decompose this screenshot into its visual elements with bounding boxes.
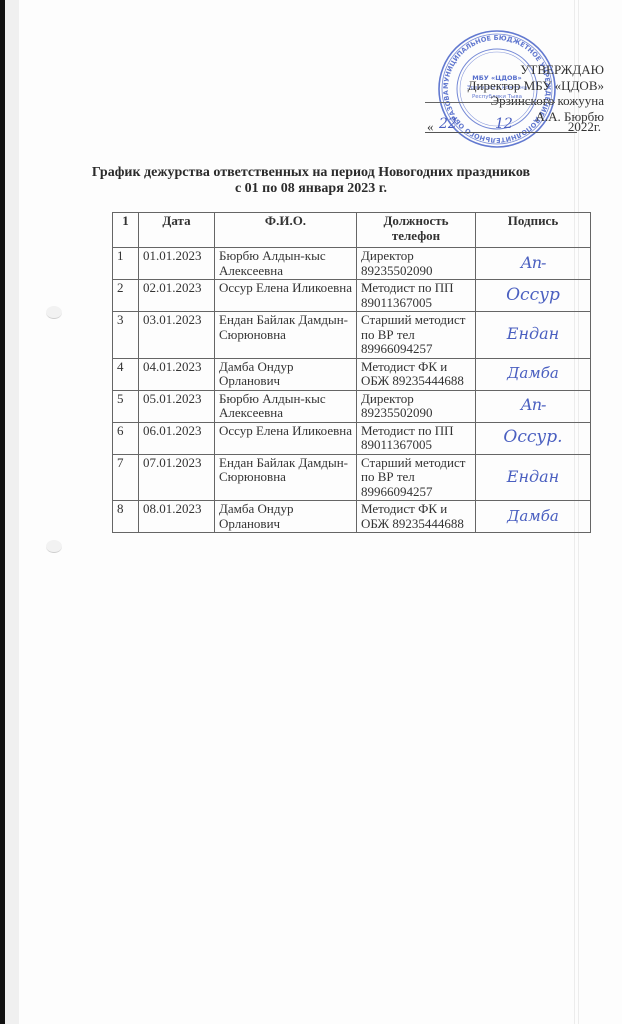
document-title-line2: с 01 по 08 января 2023 г. [0,181,622,197]
approval-date-year: 2022г. [568,119,601,135]
handwritten-signature: Дамба [507,507,559,525]
row-number: 1 [113,248,139,280]
row-date: 01.01.2023 [139,248,215,280]
row-date: 06.01.2023 [139,422,215,454]
row-name: Дамба Ондур Орланович [215,358,357,390]
row-date: 03.01.2023 [139,312,215,359]
scan-edge-shade [5,0,19,1024]
row-date: 05.01.2023 [139,390,215,422]
approval-heading: УТВЕРЖДАЮ [468,62,604,78]
row-signature: Ендан [476,312,591,359]
approval-date-underline [425,132,577,133]
row-name: Бюрбю Алдын-кыс Алексеевна [215,248,357,280]
row-name: Оссур Елена Иликоевна [215,422,357,454]
table-row: 606.01.2023Оссур Елена ИликоевнаМетодист… [113,422,591,454]
row-signature: Ендан [476,454,591,501]
row-signature: Оссур [476,280,591,312]
row-position: Методист по ПП 89011367005 [357,422,476,454]
approval-position: Директор МБУ «ЦДОВ» [468,78,604,94]
duty-schedule-table: 1 Дата Ф.И.О. Должность телефон Подпись … [112,212,591,533]
row-number: 8 [113,501,139,533]
row-name: Бюрбю Алдын-кыс Алексеевна [215,390,357,422]
row-number: 2 [113,280,139,312]
row-position: Методист по ПП 89011367005 [357,280,476,312]
row-signature: Аn- [476,390,591,422]
document-title: График дежурства ответственных на период… [0,165,622,197]
table-row: 404.01.2023Дамба Ондур ОрлановичМетодист… [113,358,591,390]
row-name: Ендан Байлак Дамдын-Сюрюновна [215,454,357,501]
table-row: 505.01.2023Бюрбю Алдын-кыс АлексеевнаДир… [113,390,591,422]
row-number: 7 [113,454,139,501]
header-position: Должность телефон [357,213,476,248]
row-name: Ендан Байлак Дамдын-Сюрюновна [215,312,357,359]
row-date: 04.01.2023 [139,358,215,390]
table-row: 101.01.2023Бюрбю Алдын-кыс АлексеевнаДир… [113,248,591,280]
handwritten-signature: Дамба [507,364,559,382]
row-position: Методист ФК и ОБЖ 89235444688 [357,358,476,390]
row-date: 07.01.2023 [139,454,215,501]
header-number: 1 [113,213,139,248]
punch-hole [46,306,62,319]
table-row: 707.01.2023Ендан Байлак Дамдын-Сюрюновна… [113,454,591,501]
table-row: 202.01.2023Оссур Елена ИликоевнаМетодист… [113,280,591,312]
row-name: Оссур Елена Иликоевна [215,280,357,312]
row-signature: Оссур. [476,422,591,454]
row-position: Методист ФК и ОБЖ 89235444688 [357,501,476,533]
approval-signature-line [425,102,555,103]
handwritten-signature: Оссур [506,285,560,305]
punch-hole [46,540,62,553]
header-date: Дата [139,213,215,248]
handwritten-signature: Оссур. [503,427,562,447]
header-name: Ф.И.О. [215,213,357,248]
approval-block: УТВЕРЖДАЮ Директор МБУ «ЦДОВ» Эрзинского… [468,62,604,124]
row-name: Дамба Ондур Орланович [215,501,357,533]
row-position: Директор 89235502090 [357,390,476,422]
row-position: Старший методист по ВР тел 89966094257 [357,312,476,359]
handwritten-signature: Ендан [507,324,559,343]
handwritten-signature: Ендан [507,467,559,486]
handwritten-signature: Аn- [521,253,546,272]
row-position: Директор 89235502090 [357,248,476,280]
row-number: 4 [113,358,139,390]
approval-district: Эрзинского кожууна [468,93,604,109]
row-signature: Дамба [476,501,591,533]
table-row: 808.01.2023Дамба Ондур ОрлановичМетодист… [113,501,591,533]
row-signature: Аn- [476,248,591,280]
row-position: Старший методист по ВР тел 89966094257 [357,454,476,501]
row-number: 3 [113,312,139,359]
table-header-row: 1 Дата Ф.И.О. Должность телефон Подпись [113,213,591,248]
row-number: 5 [113,390,139,422]
row-date: 08.01.2023 [139,501,215,533]
row-date: 02.01.2023 [139,280,215,312]
approval-date-month: 12 [495,116,513,132]
row-number: 6 [113,422,139,454]
table-row: 303.01.2023Ендан Байлак Дамдын-Сюрюновна… [113,312,591,359]
handwritten-signature: Аn- [521,395,546,414]
header-signature: Подпись [476,213,591,248]
approval-date-day: 22 [439,116,457,132]
document-title-line1: График дежурства ответственных на период… [0,165,622,181]
row-signature: Дамба [476,358,591,390]
